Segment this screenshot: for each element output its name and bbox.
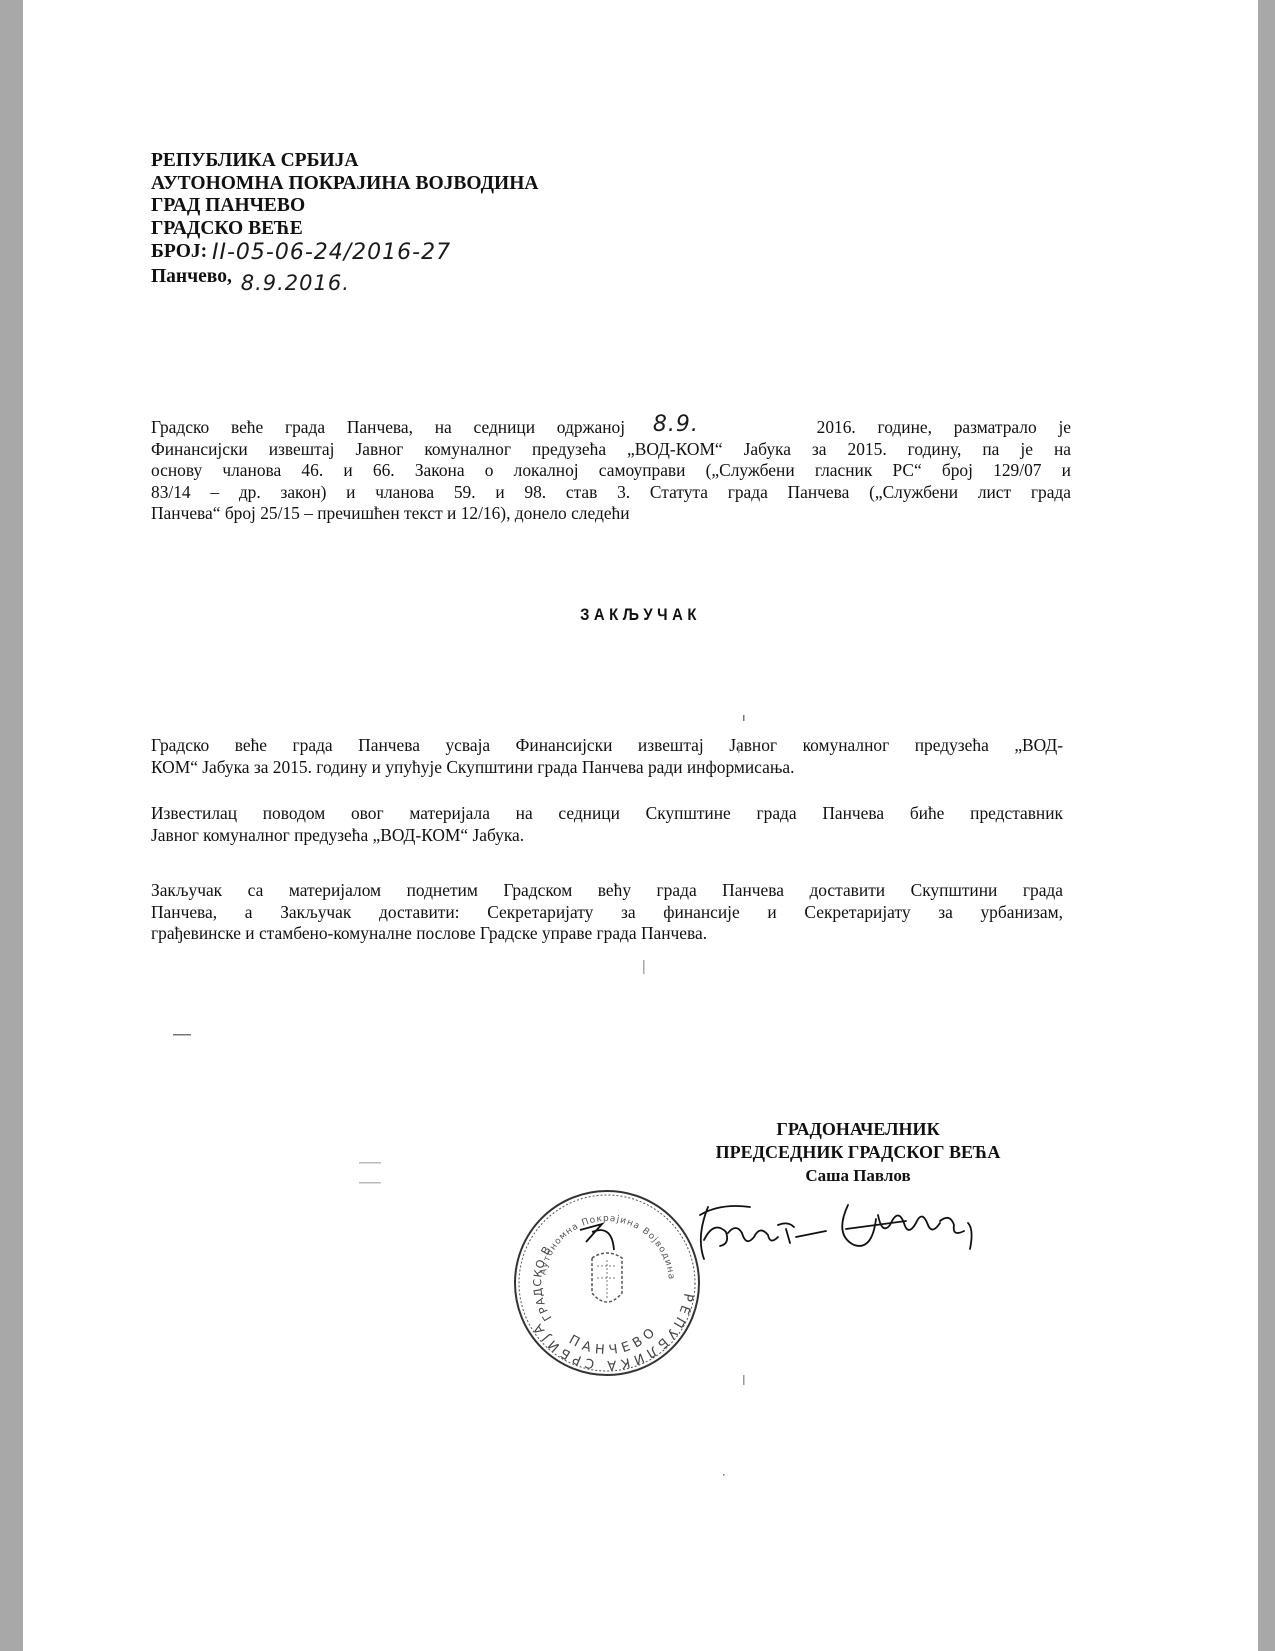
svg-text:РЕПУБЛИКА СРБИЈА: РЕПУБЛИКА СРБИЈА <box>529 1292 696 1372</box>
body-line: Известилац поводом овог материјала на се… <box>151 803 1063 825</box>
preamble-line: основу чланова 46. и 66. Закона о локалн… <box>151 460 1071 482</box>
letterhead: РЕПУБЛИКА СРБИЈА АУТОНОМНА ПОКРАЈИНА ВОЈ… <box>151 150 538 288</box>
preamble-line: 83/14 – др. закон) и чланова 59. и 98. с… <box>151 482 1071 504</box>
document-number: БРОЈ: II-05-06-24/2016-27 <box>151 240 538 264</box>
body-line: КОМ“ Јабука за 2015. годину и упућује Ск… <box>151 757 1063 779</box>
preamble-text: 2016. године, разматрало је <box>817 417 1071 437</box>
signatory-title-president: ПРЕДСЕДНИК ГРАДСКОГ ВЕЋА <box>668 1141 1048 1164</box>
preamble-line: Панчева“ број 25/15 – пречишћен текст и … <box>151 503 1071 525</box>
document-page: РЕПУБЛИКА СРБИЈА АУТОНОМНА ПОКРАЈИНА ВОЈ… <box>23 0 1258 1651</box>
signature-block: ГРАДОНАЧЕЛНИК ПРЕДСЕДНИК ГРАДСКОГ ВЕЋА С… <box>668 1118 1048 1187</box>
svg-text:Аутономна Покрајина Војводина: Аутономна Покрајина Војводина <box>539 1214 676 1281</box>
signatory-title-mayor: ГРАДОНАЧЕЛНИК <box>668 1118 1048 1141</box>
body-line: грађевинске и стамбено-комуналне послове… <box>151 923 1063 945</box>
conclusion-paragraph-3: Закључак са материјалом поднетим Градско… <box>151 880 1063 945</box>
conclusion-paragraph-2: Известилац поводом овог материјала на се… <box>151 803 1063 846</box>
body-line: Градско веће града Панчева усваја Финанс… <box>151 735 1063 757</box>
letterhead-country: РЕПУБЛИКА СРБИЈА <box>151 150 538 173</box>
letterhead-council: ГРАДСКО ВЕЋЕ <box>151 218 538 241</box>
body-line: Јавног комуналног предузећа „ВОД-КОМ“ Ја… <box>151 825 1063 847</box>
preamble-text: Градско веће града Панчева, на седници о… <box>151 417 625 437</box>
body-line: Панчева, а Закључак доставити: Секретари… <box>151 902 1063 924</box>
handwritten-signature-icon <box>678 1185 1008 1265</box>
preamble-paragraph: Градско веће града Панчева, на седници о… <box>151 416 1071 525</box>
date-handwritten: 8.9.2016. <box>241 271 350 295</box>
conclusion-paragraph-1: Градско веће града Панчева усваја Финанс… <box>151 735 1063 778</box>
document-place-date: Панчево, 8.9.2016. <box>151 264 538 289</box>
session-date-handwritten: 8.9. <box>653 412 699 437</box>
preamble-line: Градско веће града Панчева, на седници о… <box>151 416 1071 439</box>
signatory-name: Саша Павлов <box>668 1164 1048 1187</box>
place-label: Панчево, <box>151 266 232 287</box>
document-title: ЗАКЉУЧАК <box>85 606 1197 625</box>
letterhead-city: ГРАД ПАНЧЕВО <box>151 195 538 218</box>
body-line: Закључак са материјалом поднетим Градско… <box>151 880 1063 902</box>
preamble-line: Финансијски извештај Јавног комуналног п… <box>151 439 1071 461</box>
document-number-label: БРОЈ: <box>151 241 207 262</box>
letterhead-province: АУТОНОМНА ПОКРАЈИНА ВОЈВОДИНА <box>151 173 538 196</box>
official-stamp-icon: РЕПУБЛИКА СРБИЈА Аутономна Покрајина Вој… <box>512 1188 702 1378</box>
document-number-handwritten: II-05-06-24/2016-27 <box>212 240 451 265</box>
